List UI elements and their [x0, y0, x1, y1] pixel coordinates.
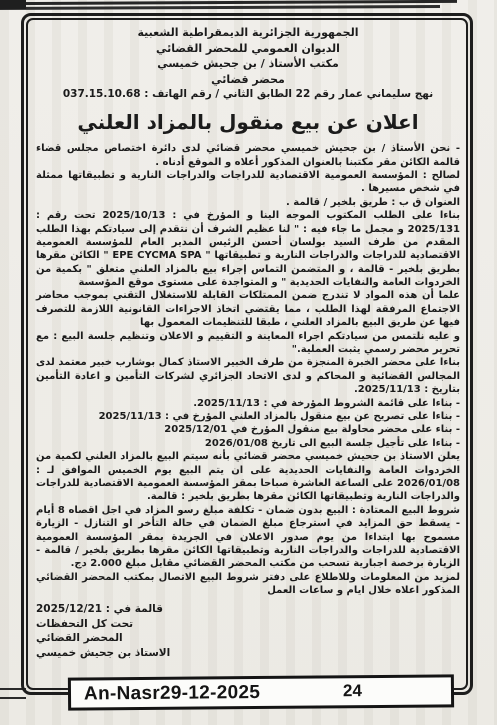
signature-role: المحضر القضائي	[36, 631, 460, 645]
header-line-republic: الجمهورية الجزائرية الديمقراطية الشعبية	[36, 25, 460, 41]
header-line-address-phone: نهج سليماني عمار رقم 22 الطابق الثاني / …	[36, 87, 460, 103]
body-paragraph: - بناءا على تأجيل جلسة البيع الى تاريخ 2…	[36, 437, 460, 450]
body-paragraph: علما أن هذه المواد لا تندرج ضمن الممتلكا…	[36, 289, 460, 329]
body-paragraph: يعلن الاستاذ بن جحيش خميسي محضر قضائي بأ…	[36, 450, 460, 504]
body-paragraph: - بناءا على قائمة الشروط المؤرخة في : 20…	[36, 397, 460, 410]
body-paragraph: - بناء على محضر محاولة بيع منقول المؤرخ …	[36, 423, 460, 436]
header-line-bailiff-office: مكتب الأستاذ / بن جحيش خميسي	[36, 56, 460, 72]
newspaper-footer: An-Nasr29-12-2025 24	[68, 674, 454, 710]
signature-reservations-note: تحت كل التحفظات	[36, 617, 460, 631]
body-paragraph: - بناءا على تصريح عن بيع منقول بالمزاد ا…	[36, 410, 460, 423]
body-paragraph: بناءا على الطلب المكتوب الموجه الينا و ا…	[36, 209, 460, 289]
newspaper-name-date: An-Nasr29-12-2025	[71, 682, 260, 706]
body-paragraph: - نحن الأستاذ / بن جحيش خميسي محضر قضائي…	[36, 142, 460, 169]
header-line-bailiff-title: محضر قضائي	[36, 72, 460, 88]
header-line-public-office: الديوان العمومي للمحضر القضائي	[36, 41, 460, 57]
notice-body: - نحن الأستاذ / بن جحيش خميسي محضر قضائي…	[36, 142, 460, 597]
notice-title: اعلان عن بيع منقول بالمزاد العلني	[36, 110, 460, 134]
body-paragraph: لصالح : المؤسسة العمومية الاقتصادية للدر…	[36, 169, 460, 196]
scan-edge-line-second	[0, 5, 440, 9]
body-paragraph: و عليه نلتمس من سيادتكم اجراء المعاينة و…	[36, 330, 460, 357]
scan-corner-mark	[0, 0, 26, 9]
body-paragraph: لمزيد من المعلومات وللاطلاع على دفتر شرو…	[36, 571, 460, 598]
signature-block: قالمة في : 2025/12/21 تحت كل التحفظات ال…	[36, 602, 460, 660]
body-paragraph: العنوان ق ب : طريق بلخير / قالمة .	[36, 196, 460, 209]
signature-place-date: قالمة في : 2025/12/21	[36, 602, 460, 616]
signature-name: الاستاذ بن جحيش خميسي	[36, 646, 460, 660]
notice-content: الجمهورية الجزائرية الديمقراطية الشعبية …	[36, 25, 460, 660]
body-paragraph: شروط البيع المعتادة : البيع بدون ضمان - …	[36, 504, 460, 571]
body-paragraph: بناءا على محضر الخبرة المنجزة من طرف الخ…	[36, 356, 460, 396]
page-number: 24	[343, 681, 362, 701]
